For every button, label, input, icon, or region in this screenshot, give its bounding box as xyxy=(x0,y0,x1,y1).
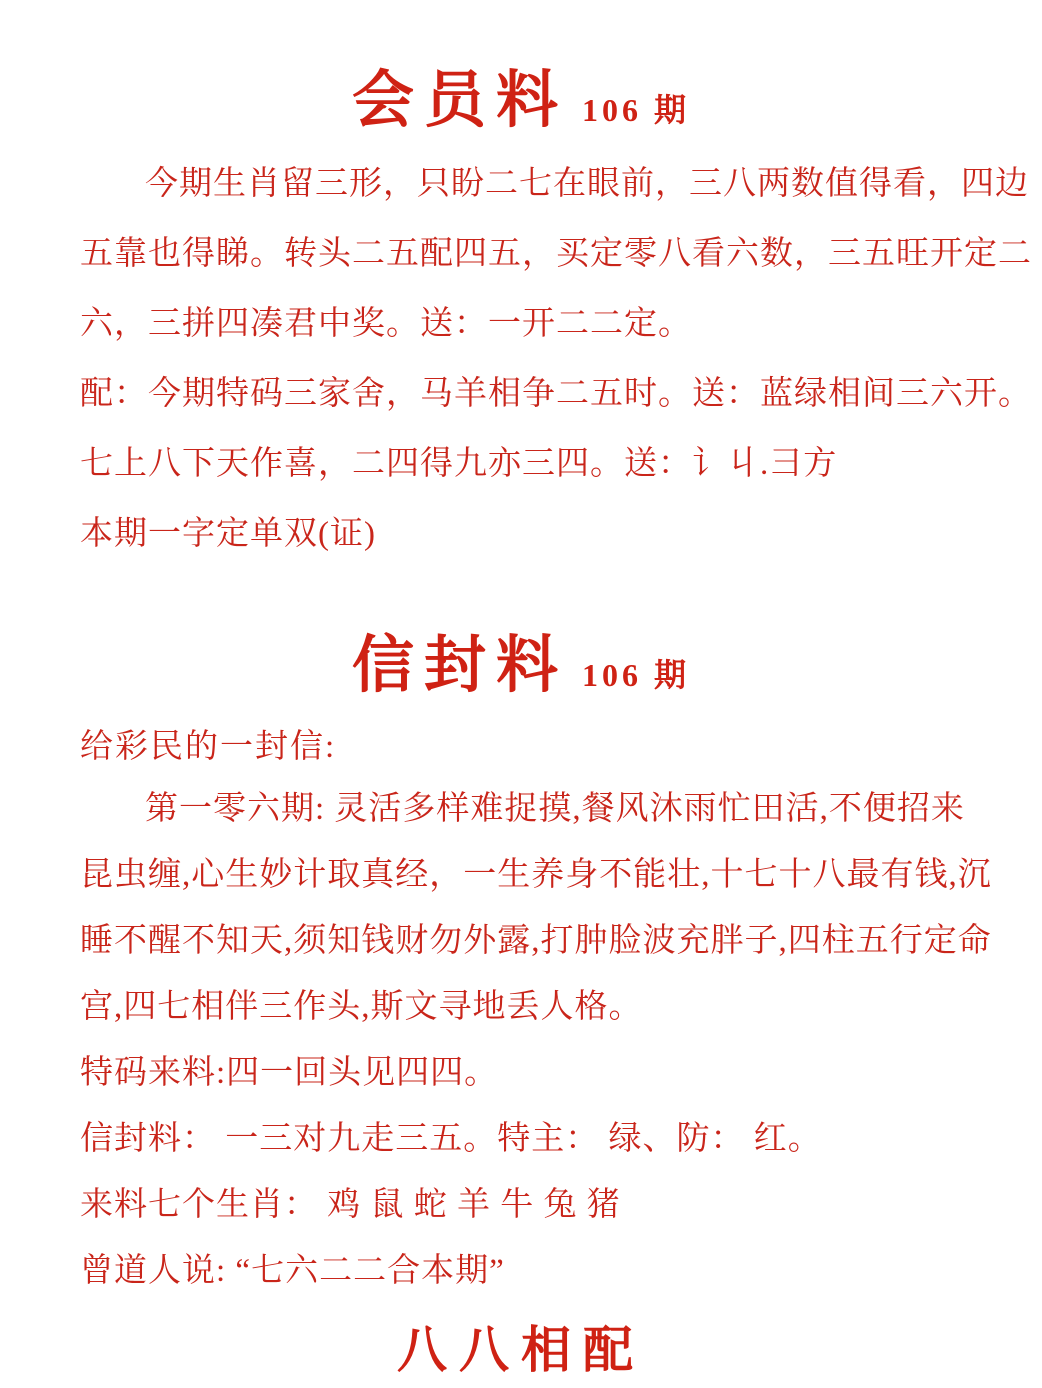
member-line: 今期生肖留三形，只盼二七在眼前，三八两数值得看，四边 xyxy=(80,149,1002,219)
member-line: 五靠也得睇。转头二五配四五，买定零八看六数，三五旺开定二 xyxy=(80,219,1002,289)
envelope-salutation: 给彩民的一封信: xyxy=(80,718,1002,776)
member-line: 配：今期特码三家舍，马羊相争二五时。送：蓝绿相间三六开。 xyxy=(80,359,1002,429)
member-section-title: 会员料106 期 xyxy=(80,50,962,139)
envelope-paragraph-line: 宫,四七相伴三作头,斯文寻地丢人格。 xyxy=(80,974,1002,1040)
footer-slogan: 八八相配 xyxy=(80,1310,962,1382)
member-line: 六，三拼四凑君中奖。送：一开二二定。 xyxy=(80,289,1002,359)
envelope-info-line: 信封料： 一三对九走三五。特主： 绿、防： 红。 xyxy=(80,1106,1002,1172)
envelope-paragraph-line: 睡不醒不知天,须知钱财勿外露,打肿脸波充胖子,四柱五行定命 xyxy=(80,908,1002,974)
envelope-title-text: 信封料 xyxy=(352,632,568,700)
member-title-issue: 106 期 xyxy=(582,92,690,128)
member-line: 本期一字定单双(证) xyxy=(80,499,1002,569)
document-page: 会员料106 期 今期生肖留三形，只盼二七在眼前，三八两数值得看，四边 五靠也得… xyxy=(0,0,1042,1388)
envelope-info-line: 曾道人说: “七六二二合本期” xyxy=(80,1238,1002,1304)
envelope-info-line: 特码来料:四一回头见四四。 xyxy=(80,1040,1002,1106)
envelope-paragraph-line: 昆虫缠,心生妙计取真经，一生养身不能壮,十七十八最有钱,沉 xyxy=(80,842,1002,908)
envelope-section: 信封料106 期 给彩民的一封信: 第一零六期: 灵活多样难捉摸,餐风沐雨忙田活… xyxy=(80,615,1002,1304)
envelope-paragraph-line: 第一零六期: 灵活多样难捉摸,餐风沐雨忙田活,不便招来 xyxy=(80,776,1002,842)
envelope-section-title: 信封料106 期 xyxy=(80,615,962,704)
member-section: 会员料106 期 今期生肖留三形，只盼二七在眼前，三八两数值得看，四边 五靠也得… xyxy=(80,50,1002,569)
envelope-title-issue: 106 期 xyxy=(582,657,690,693)
envelope-info-line: 来料七个生肖： 鸡 鼠 蛇 羊 牛 兔 猪 xyxy=(80,1172,1002,1238)
member-line: 七上八下天作喜，二四得九亦三四。送：讠丩.彐方 xyxy=(80,429,1002,499)
member-title-text: 会员料 xyxy=(352,67,568,135)
